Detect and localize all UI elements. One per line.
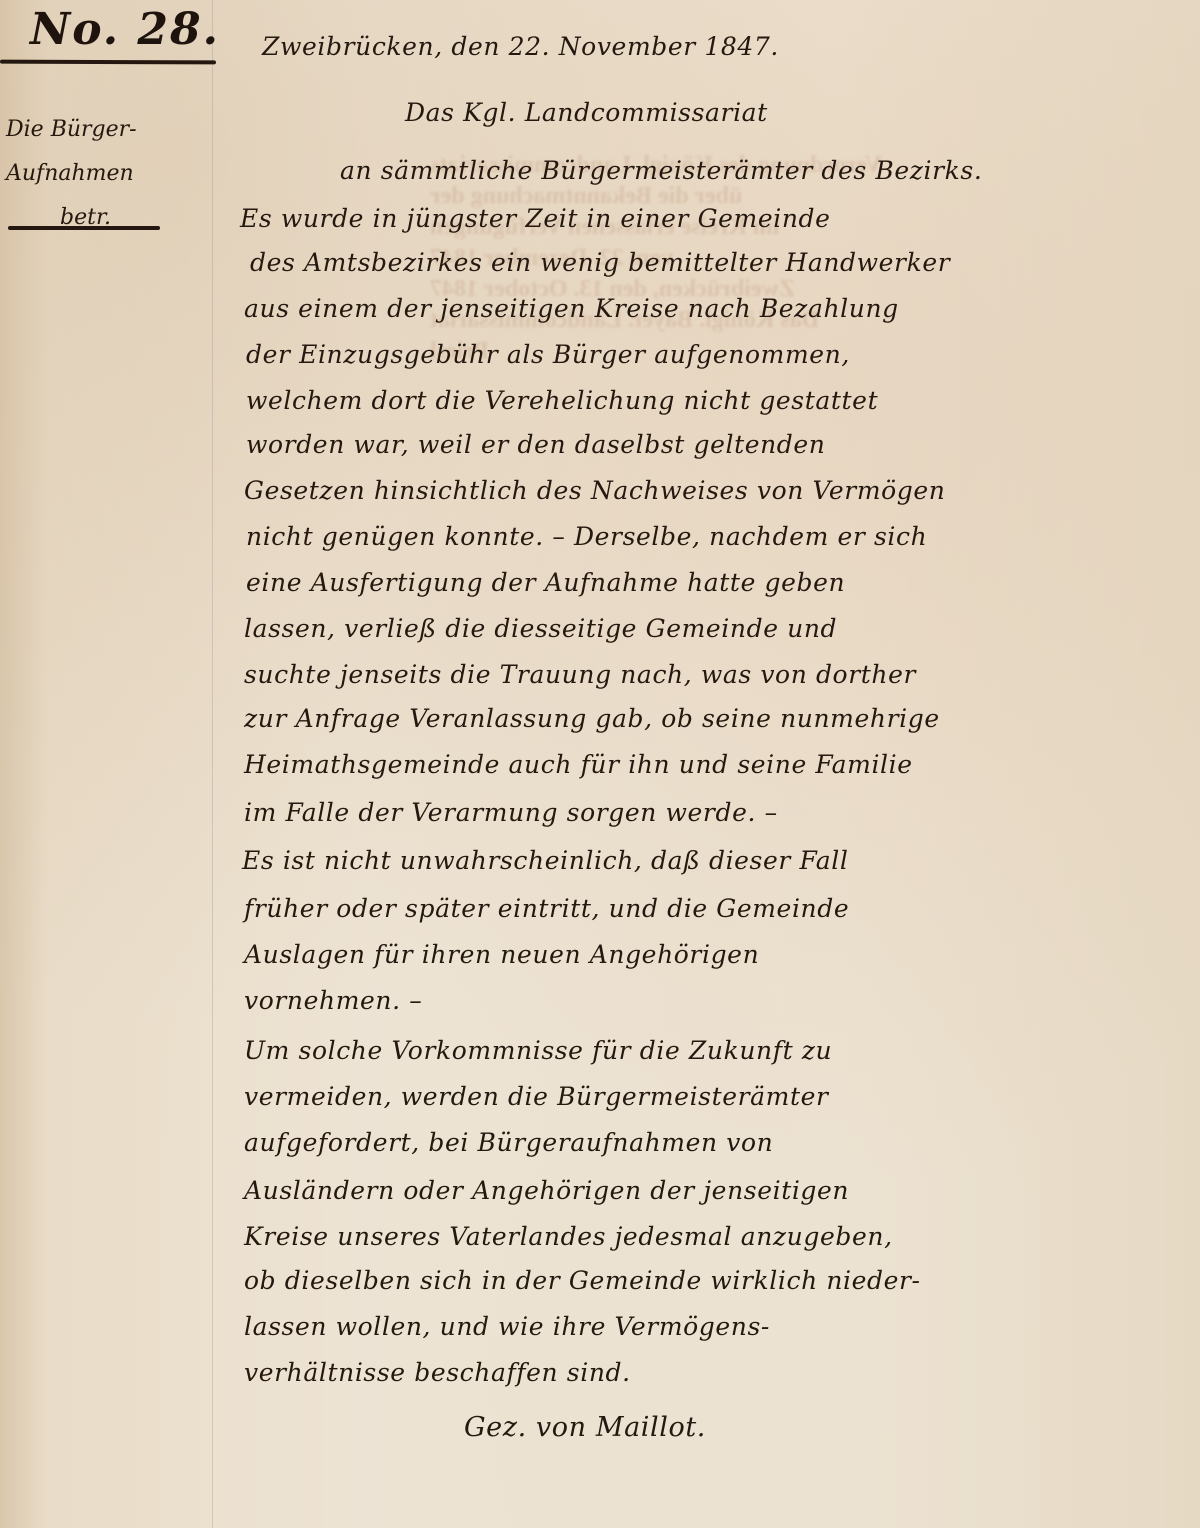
body-line: des Amtsbezirkes ein wenig bemittelter H… — [250, 248, 950, 277]
margin-rule — [212, 0, 213, 1528]
body-line: Um solche Vorkommnisse für die Zukunft z… — [244, 1036, 832, 1065]
subject-line: betr. — [6, 196, 211, 240]
issuer: Das Kgl. Landcommissariat — [405, 98, 768, 127]
body-line: zur Anfrage Veranlassung gab, ob seine n… — [244, 704, 940, 733]
place-date: Zweibrücken, den 22. November 1847. — [262, 32, 779, 61]
body-line: aus einem der jenseitigen Kreise nach Be… — [244, 294, 899, 323]
addressee: an sämmtliche Bürgermeisterämter des Bez… — [340, 156, 982, 185]
body-line: eine Ausfertigung der Aufnahme hatte geb… — [246, 568, 845, 597]
body-line: vornehmen. – — [244, 986, 422, 1015]
body-line: Es wurde in jüngster Zeit in einer Gemei… — [240, 204, 831, 233]
body-line: worden war, weil er den daselbst geltend… — [246, 430, 826, 459]
body-line: nicht genügen konnte. – Derselbe, nachde… — [246, 522, 927, 551]
body-line: Es ist nicht unwahrscheinlich, daß diese… — [242, 846, 848, 875]
body-line: lassen, verließ die diesseitige Gemeinde… — [244, 614, 837, 643]
subject-line: Aufnahmen — [6, 152, 211, 196]
body-line: lassen wollen, und wie ihre Vermögens- — [244, 1312, 770, 1341]
body-line: im Falle der Verarmung sorgen werde. – — [244, 798, 778, 827]
body-line: welchem dort die Verehelichung nicht ges… — [246, 386, 878, 415]
body-line: Ausländern oder Angehörigen der jenseiti… — [244, 1176, 849, 1205]
body-line: verhältnisse beschaffen sind. — [244, 1358, 631, 1387]
body-line: der Einzugsgebühr als Bürger aufgenommen… — [246, 340, 850, 369]
body-line: aufgefordert, bei Bürgeraufnahmen von — [244, 1128, 773, 1157]
number-underline — [0, 60, 216, 65]
body-line: früher oder später eintritt, und die Gem… — [244, 894, 849, 923]
margin-subject: Die Bürger- Aufnahmen betr. — [6, 108, 211, 240]
signature: Gez. von Maillot. — [464, 1412, 706, 1443]
body-line: vermeiden, werden die Bürgermeisterämter — [244, 1082, 829, 1111]
subject-line: Die Bürger- — [6, 108, 211, 152]
body-line: Kreise unseres Vaterlandes jedesmal anzu… — [244, 1222, 893, 1251]
body-line: Heimathsgemeinde auch für ihn und seine … — [244, 750, 913, 779]
body-line: suchte jenseits die Trauung nach, was vo… — [244, 660, 916, 689]
document-number: No. 28. — [30, 4, 220, 55]
body-line: Auslagen für ihren neuen Angehörigen — [244, 940, 759, 969]
body-line: ob dieselben sich in der Gemeinde wirkli… — [244, 1266, 921, 1295]
subject-underline — [8, 226, 160, 230]
body-line: Gesetzen hinsichtlich des Nachweises von… — [244, 476, 946, 505]
